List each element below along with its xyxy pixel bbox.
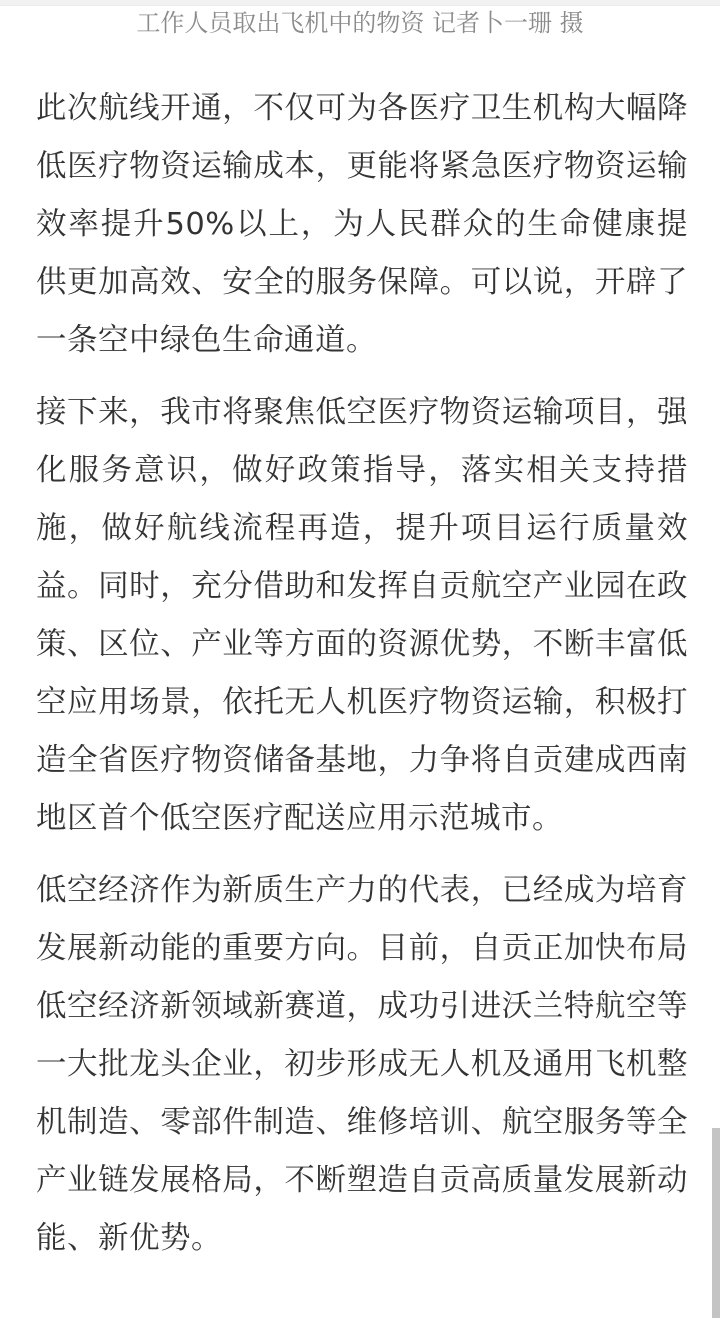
scrollbar-thumb[interactable] <box>712 1128 720 1318</box>
scrollbar[interactable] <box>712 0 720 1318</box>
article-paragraph: 低空经济作为新质生产力的代表，已经成为培育发展新动能的重要方向。目前，自贡正加快… <box>36 862 688 1268</box>
article-paragraph: 接下来，我市将聚焦低空医疗物资运输项目，强化服务意识，做好政策指导，落实相关支持… <box>36 384 688 848</box>
image-caption: 工作人员取出飞机中的物资 记者卜一珊 摄 <box>0 7 720 39</box>
image-bottom-edge <box>0 0 720 6</box>
article-body: 此次航线开通，不仅可为各医疗卫生机构大幅降低医疗物资运输成本，更能将紧急医疗物资… <box>36 80 688 1282</box>
article-paragraph: 此次航线开通，不仅可为各医疗卫生机构大幅降低医疗物资运输成本，更能将紧急医疗物资… <box>36 80 688 370</box>
